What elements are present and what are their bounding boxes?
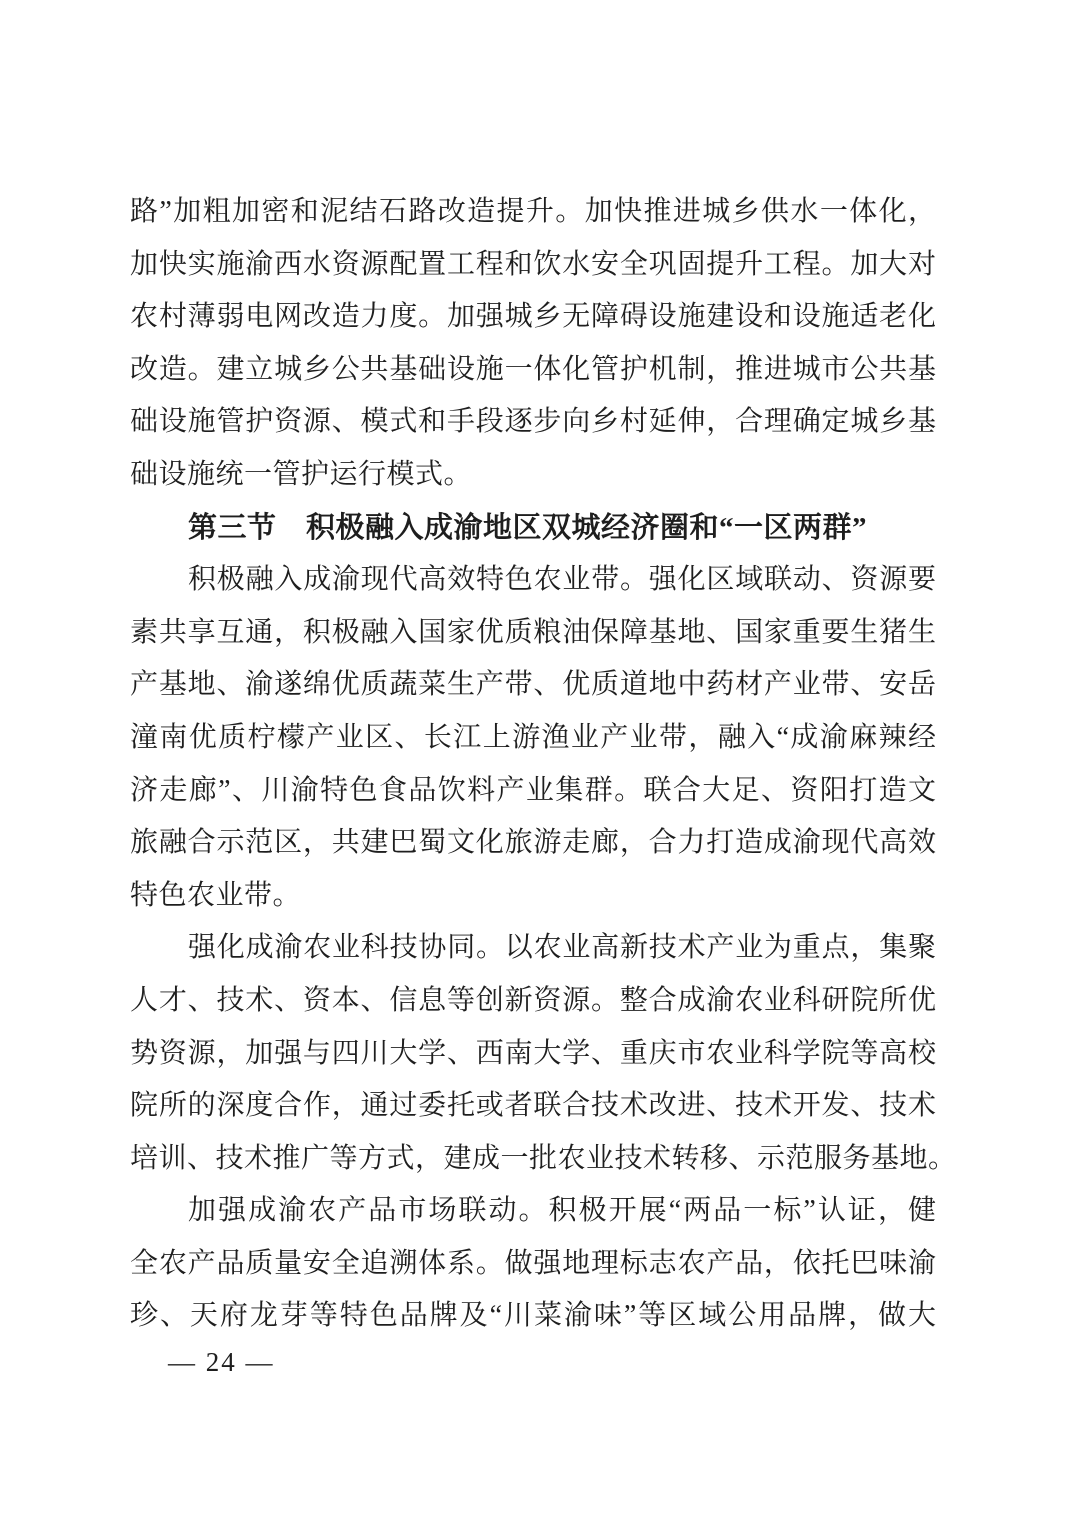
text-line: 素共享互通，积极融入国家优质粮油保障基地、国家重要生猪生: [130, 607, 936, 660]
text-line: 础设施统一管护运行模式。: [130, 449, 936, 502]
text-line: 势资源，加强与四川大学、西南大学、重庆市农业科学院等高校: [130, 1028, 936, 1081]
text-line: 积极融入成渝现代高效特色农业带。强化区域联动、资源要: [130, 554, 936, 607]
text-line: 济走廊”、川渝特色食品饮料产业集群。联合大足、资阳打造文: [130, 765, 936, 818]
text-block: 路”加粗加密和泥结石路改造提升。加快推进城乡供水一体化，加快实施渝西水资源配置工…: [130, 186, 936, 1343]
text-line: 农村薄弱电网改造力度。加强城乡无障碍设施建设和设施适老化: [130, 291, 936, 344]
text-line: 人才、技术、资本、信息等创新资源。整合成渝农业科研院所优: [130, 975, 936, 1028]
text-line: 旅融合示范区，共建巴蜀文化旅游走廊，合力打造成渝现代高效: [130, 817, 936, 870]
text-line: 全农产品质量安全追溯体系。做强地理标志农产品，依托巴味渝: [130, 1238, 936, 1291]
page-number: — 24 —: [168, 1344, 275, 1380]
text-line: 潼南优质柠檬产业区、长江上游渔业产业带，融入“成渝麻辣经: [130, 712, 936, 765]
text-line: 加快实施渝西水资源配置工程和饮水安全巩固提升工程。加大对: [130, 239, 936, 292]
document-page: 路”加粗加密和泥结石路改造提升。加快推进城乡供水一体化，加快实施渝西水资源配置工…: [0, 0, 1074, 1520]
text-line: 院所的深度合作，通过委托或者联合技术改进、技术开发、技术: [130, 1080, 936, 1133]
text-line: 强化成渝农业科技协同。以农业高新技术产业为重点，集聚: [130, 922, 936, 975]
text-line: 培训、技术推广等方式，建成一批农业技术转移、示范服务基地。: [130, 1133, 936, 1186]
text-line: 加强成渝农产品市场联动。积极开展“两品一标”认证，健: [130, 1185, 936, 1238]
text-line: 改造。建立城乡公共基础设施一体化管护机制，推进城市公共基: [130, 344, 936, 397]
section-heading: 第三节 积极融入成渝地区双城经济圈和“一区两群”: [130, 502, 936, 555]
text-line: 路”加粗加密和泥结石路改造提升。加快推进城乡供水一体化，: [130, 186, 936, 239]
text-line: 础设施管护资源、模式和手段逐步向乡村延伸，合理确定城乡基: [130, 396, 936, 449]
text-line: 珍、天府龙芽等特色品牌及“川菜渝味”等区域公用品牌，做大: [130, 1290, 936, 1343]
text-line: 特色农业带。: [130, 870, 936, 923]
text-line: 产基地、渝遂绵优质蔬菜生产带、优质道地中药材产业带、安岳: [130, 659, 936, 712]
